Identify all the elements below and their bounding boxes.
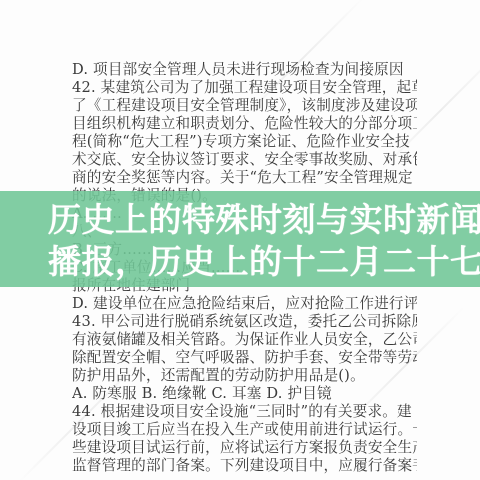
doc-line: 些建设项目试运行前，应将试运行方案报负责安全生产 [72,439,417,457]
doc-line: 43. 甲公司进行脱硝系统氨区改造，委托乙公司拆除原 [72,313,417,331]
banner-title-line-2: 播报，历史上的十二月二十七 [48,241,468,283]
doc-line: 监督管理的部门备案。下列建设项目中，应履行备案手 [72,457,417,475]
doc-line: 有液氨储罐及相关管路。为保证作业人员安全，乙公司 [72,331,417,349]
doc-line: 设项目竣工后应当在投入生产或使用前进行试运行。一 [72,421,417,439]
doc-line: A. 防寒服 B. 绝缘靴 C. 耳塞 D. 护目镜 [72,385,417,403]
banner-title-line-1: 历史上的特殊时刻与实时新闻 [48,199,468,241]
doc-line: D. 项目部安全管理人员未进行现场检查为间接原因 [72,61,417,79]
doc-line: 目组织机构建立和职责划分、危险性较大的分部分项工 [72,115,417,133]
banner-title: 历史上的特殊时刻与实时新闻 播报，历史上的十二月二十七 [48,199,468,283]
doc-line: 除配置安全帽、空气呼吸器、防护手套、安全带等劳动 [72,349,417,367]
doc-line: 44. 根据建设项目安全设施“三同时”的有关要求。建 [72,403,417,421]
doc-line: 防护用品外，还需配置的劳动防护用品是()。 [72,367,417,385]
doc-line: 程(简称“危大工程”)专项方案论证、危险作业安全技 [72,133,417,151]
doc-line: D. 建设单位在应急抢险结束后，应对抢险工作进行评估 [72,295,417,313]
doc-line: 42. 某建筑公司为了加强工程建设项目安全管理，起草 [72,79,417,97]
doc-line: 术交底、安全协议签订要求、安全零事故奖励、对承包 [72,151,417,169]
doc-line: 了《工程建设项目安全管理制度》，该制度涉及建设项 [72,97,417,115]
doc-line: 商的安全奖惩等内容。关于“危大工程”安全管理规定 [72,169,417,187]
